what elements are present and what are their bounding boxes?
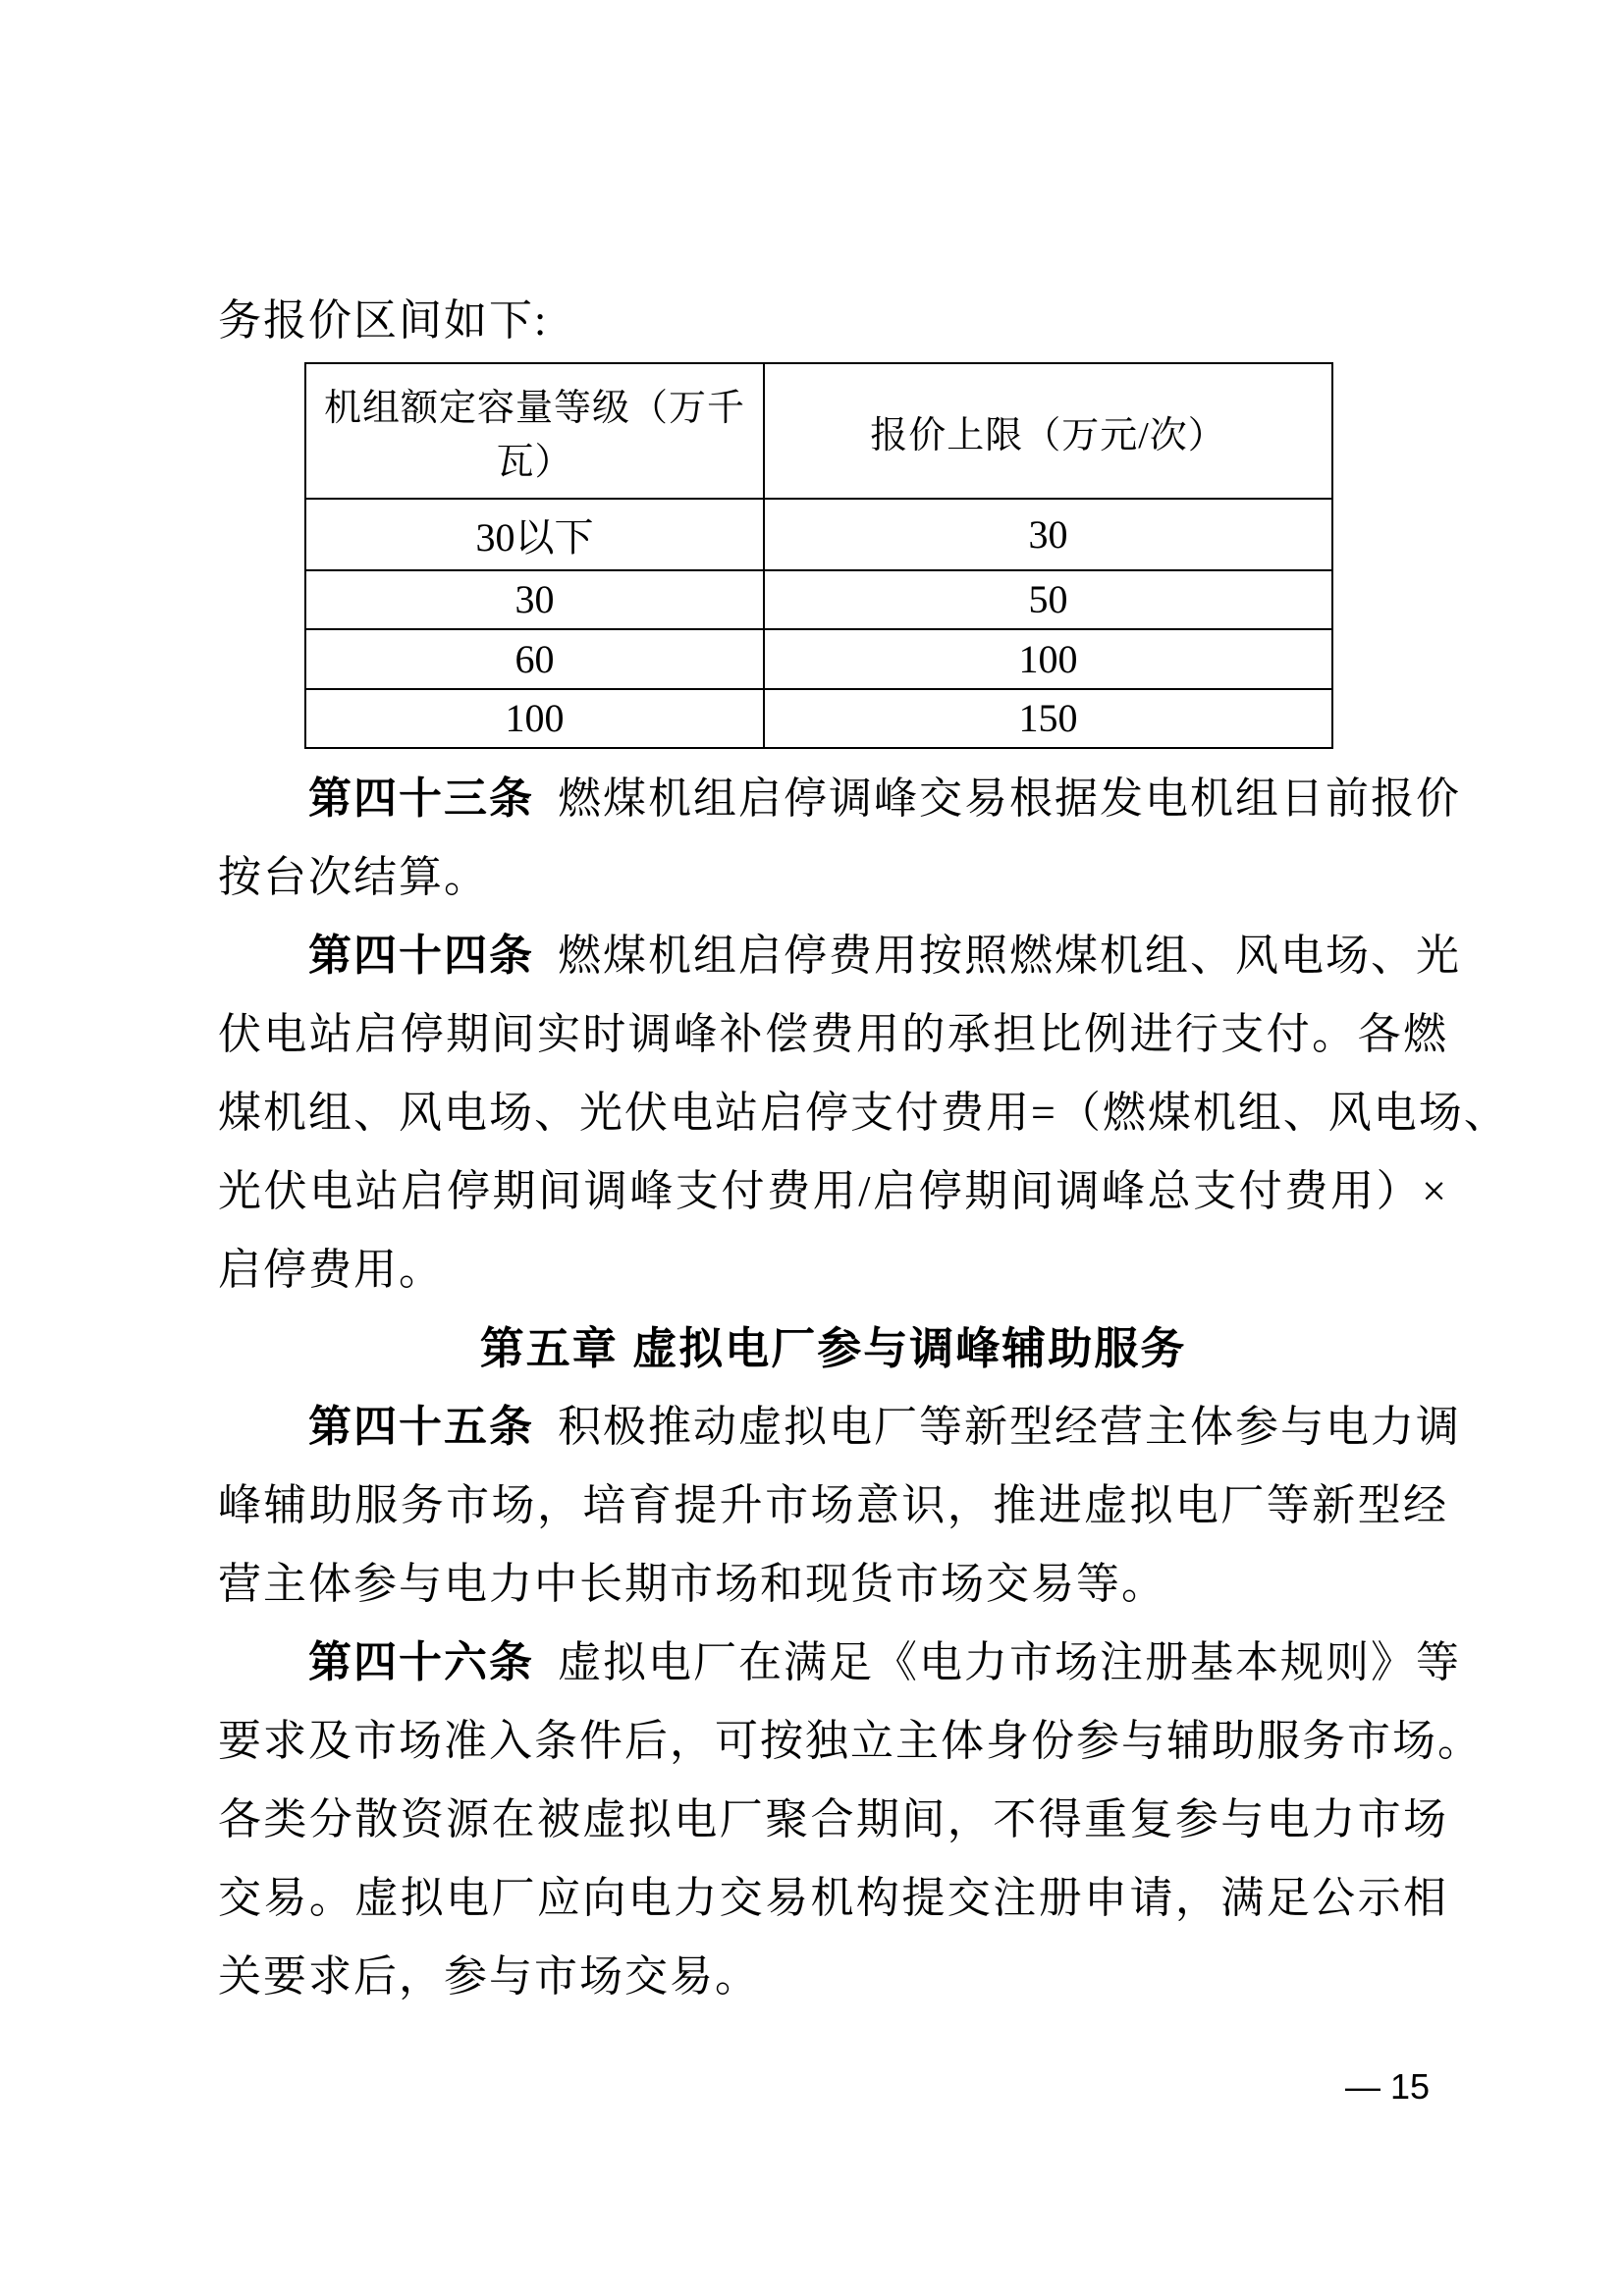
table-row: 30以下 30 [305,499,1332,570]
document-page: 务报价区间如下: 机组额定容量等级（万千瓦） 报价上限（万元/次） 30以下 3… [0,0,1624,2296]
article-44-line-5: 启停费用。 [218,1231,1448,1309]
table-row: 60 100 [305,629,1332,688]
article-46-number: 第四十六条 [308,1638,534,1686]
article-45-line-1: 第四十五条积极推动虚拟电厂等新型经营主体参与电力调 [218,1388,1448,1467]
article-44-line-2: 伏电站启停期间实时调峰补偿费用的承担比例进行支付。各燃 [218,995,1448,1074]
capacity-cell: 60 [305,629,764,688]
page-number: — 15 [1178,2065,1430,2109]
article-44-line-3: 煤机组、风电场、光伏电站启停支付费用=（燃煤机组、风电场、 [218,1074,1448,1152]
intro-line: 务报价区间如下: [218,282,1448,360]
article-44-line-4: 光伏电站启停期间调峰支付费用/启停期间调峰总支付费用）× [218,1152,1448,1231]
price-cap-cell: 50 [764,570,1332,629]
capacity-cell: 100 [305,689,764,748]
table-header-row: 机组额定容量等级（万千瓦） 报价上限（万元/次） [305,363,1332,499]
article-43-line-1: 第四十三条燃煤机组启停调峰交易根据发电机组日前报价 [218,760,1448,838]
table-row: 30 50 [305,570,1332,629]
article-44-number: 第四十四条 [308,932,534,980]
article-45-number: 第四十五条 [308,1403,534,1451]
article-45-line-3: 营主体参与电力中长期市场和现货市场交易等。 [218,1545,1448,1624]
table-row: 100 150 [305,689,1332,748]
capacity-cell: 30以下 [305,499,764,570]
price-cap-cell: 150 [764,689,1332,748]
article-46-line-4: 交易。虚拟电厂应向电力交易机构提交注册申请，满足公示相 [218,1859,1448,1938]
article-44-line-1: 第四十四条燃煤机组启停费用按照燃煤机组、风电场、光 [218,917,1448,995]
price-cap-header-cell: 报价上限（万元/次） [764,363,1332,499]
price-cap-table: 机组额定容量等级（万千瓦） 报价上限（万元/次） 30以下 30 30 50 6… [304,362,1333,749]
price-cap-cell: 100 [764,629,1332,688]
article-44-text: 燃煤机组启停费用按照燃煤机组、风电场、光 [558,932,1461,980]
article-43-line-2: 按台次结算。 [218,838,1448,917]
article-46-line-2: 要求及市场准入条件后，可按独立主体身份参与辅助服务市场。 [218,1702,1448,1781]
article-46-line-5: 关要求后，参与市场交易。 [218,1938,1448,2016]
chapter-heading: 第五章 虚拟电厂参与调峰辅助服务 [218,1309,1448,1388]
article-46-text: 虚拟电厂在满足《电力市场注册基本规则》等 [558,1638,1461,1686]
article-43-text: 燃煤机组启停调峰交易根据发电机组日前报价 [558,774,1461,823]
capacity-cell: 30 [305,570,764,629]
capacity-header-cell: 机组额定容量等级（万千瓦） [305,363,764,499]
article-43-number: 第四十三条 [308,774,534,823]
price-cap-cell: 30 [764,499,1332,570]
article-46-line-3: 各类分散资源在被虚拟电厂聚合期间，不得重复参与电力市场 [218,1781,1448,1859]
article-45-line-2: 峰辅助服务市场，培育提升市场意识，推进虚拟电厂等新型经 [218,1467,1448,1545]
article-46-line-1: 第四十六条虚拟电厂在满足《电力市场注册基本规则》等 [218,1624,1448,1702]
article-45-text: 积极推动虚拟电厂等新型经营主体参与电力调 [558,1403,1461,1451]
